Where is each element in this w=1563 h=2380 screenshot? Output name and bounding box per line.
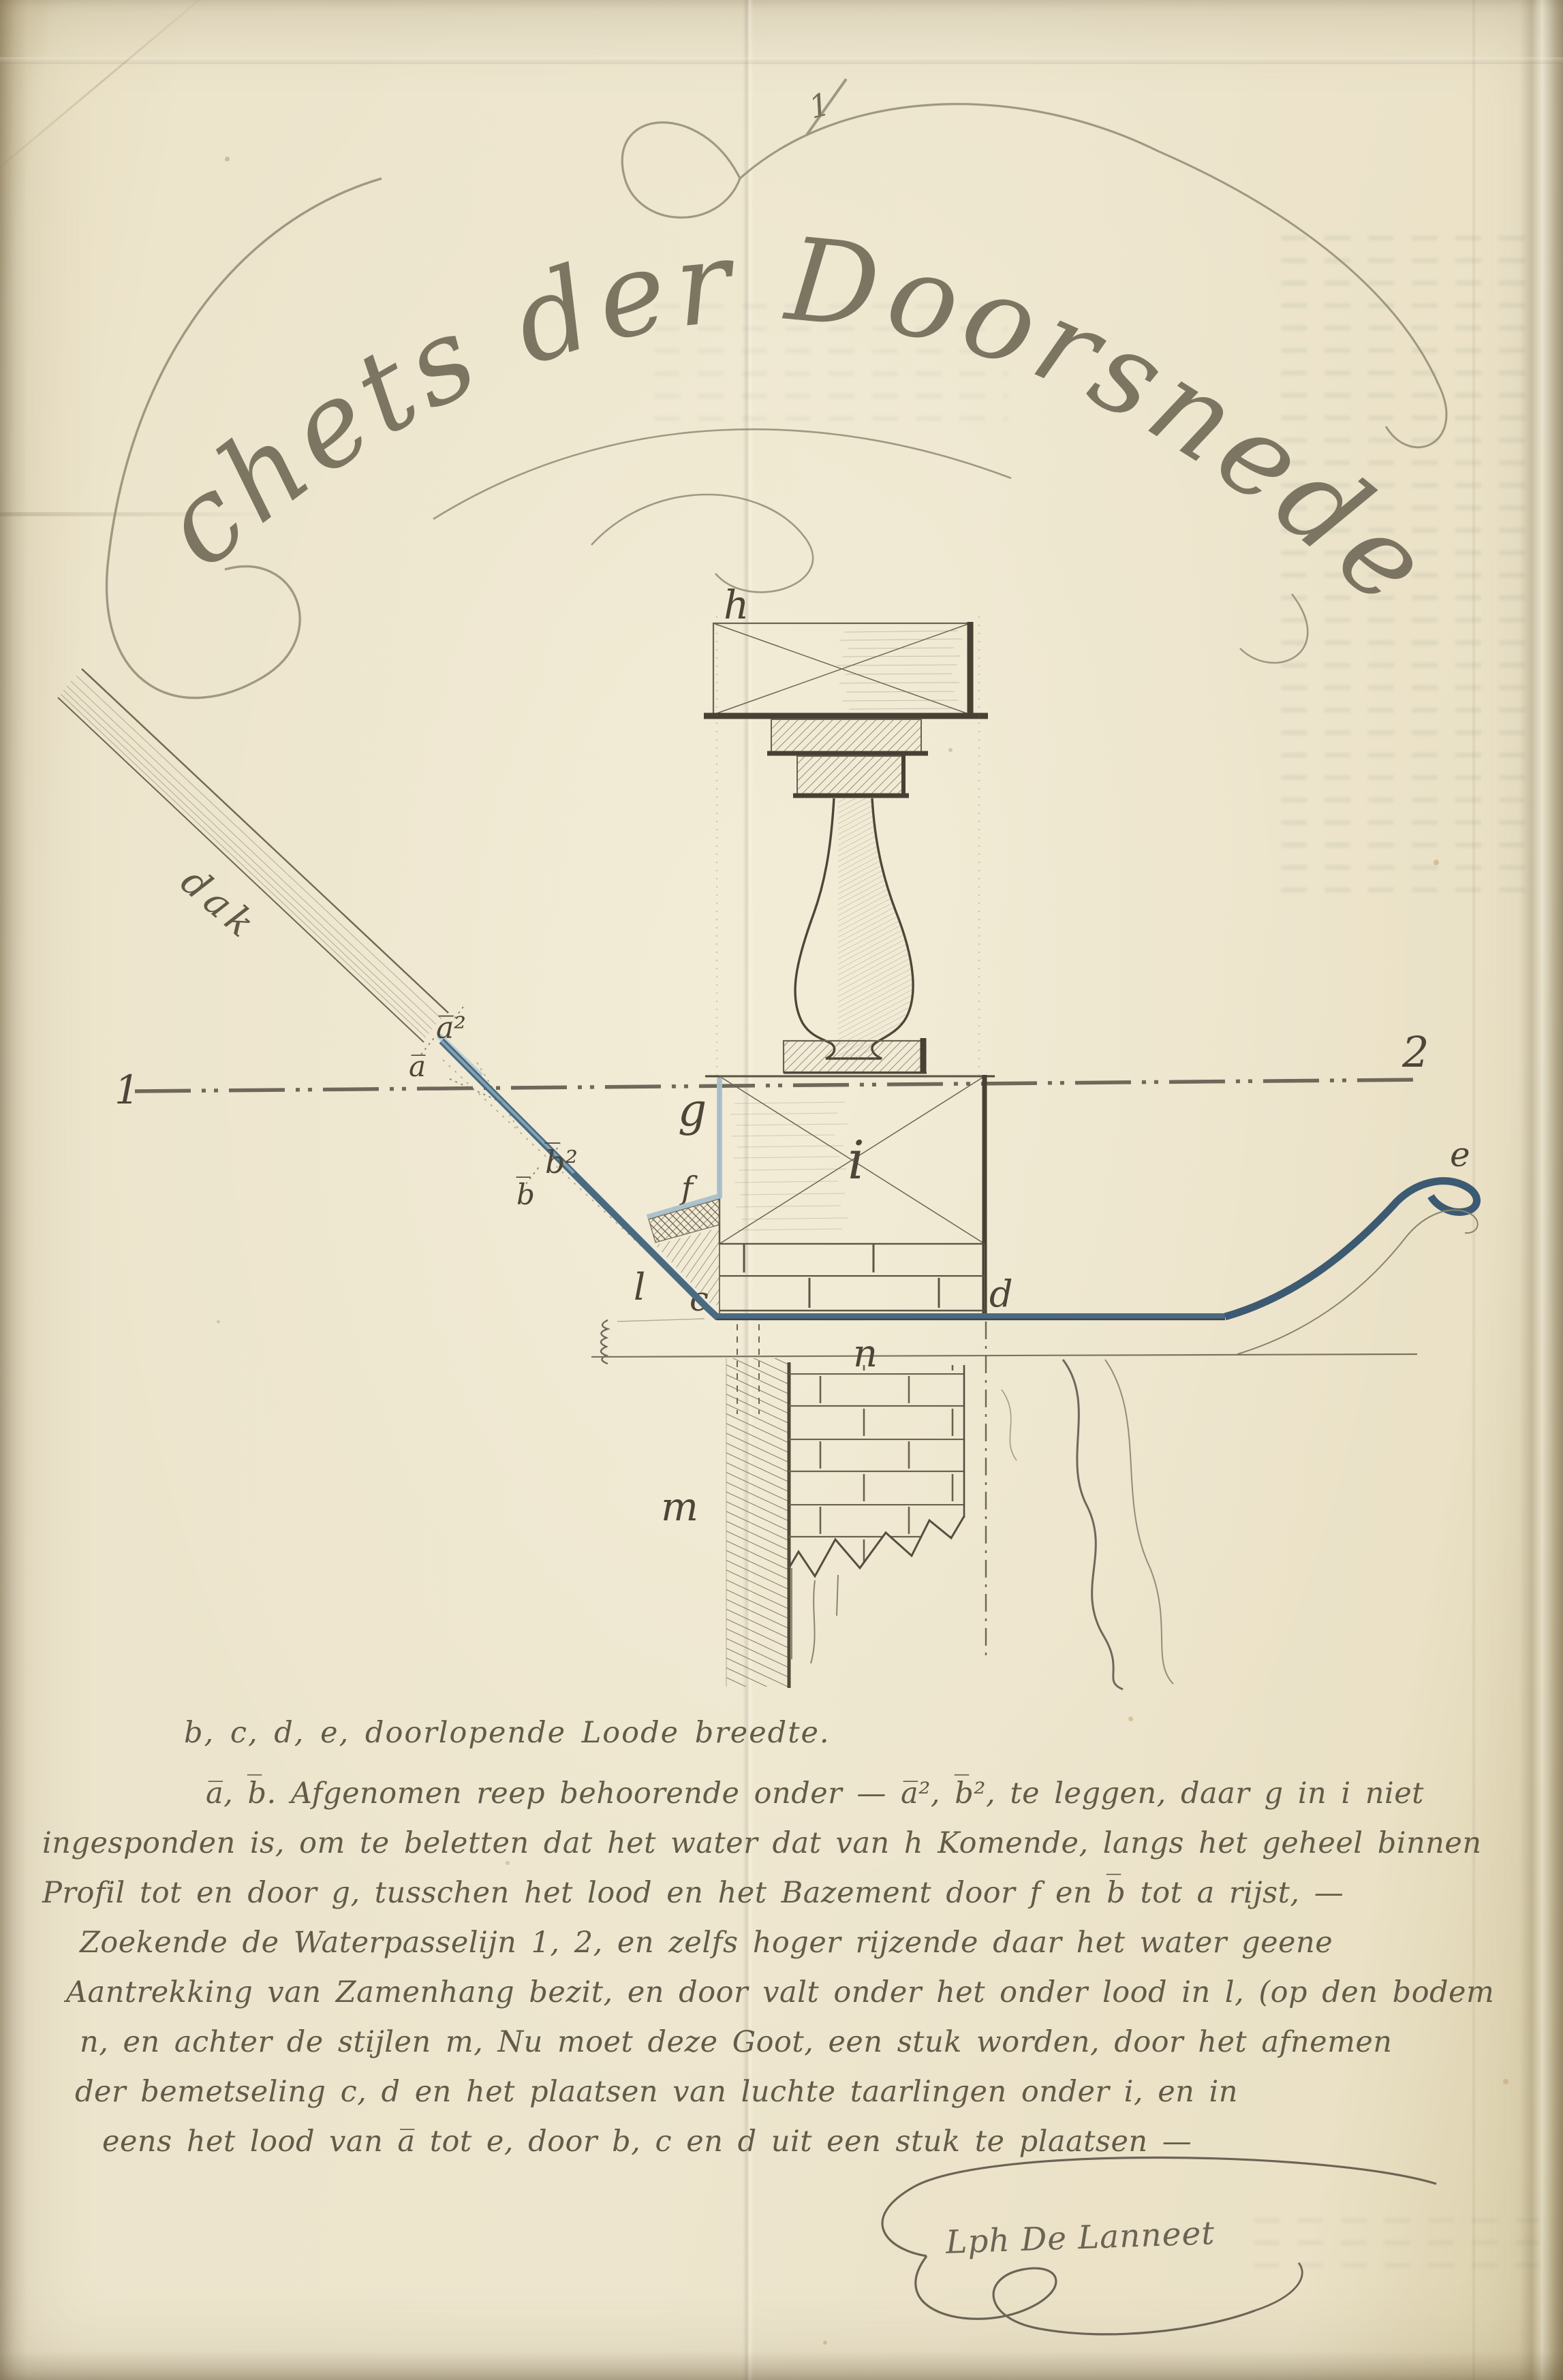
note-line: a̅, b̅. Afgenomen reep behoorende onder …	[206, 1769, 1548, 1819]
substructure: n m	[591, 1319, 1417, 1689]
coping-capital: h	[704, 582, 988, 796]
svg-text:Schets der Doorsnede.: Schets der Doorsnede.	[0, 0, 1458, 635]
baluster	[784, 790, 927, 1074]
note-line: b, c, d, e, doorlopende Loode breedte.	[184, 1708, 1548, 1758]
label-a2: a̅²	[436, 1011, 466, 1046]
waterline-1-2: 1 2	[114, 1027, 1429, 1113]
label-e: e	[1450, 1135, 1470, 1174]
note-line: der bemetseling c, d en het plaatsen van…	[75, 2067, 1548, 2117]
capital-shading	[837, 631, 962, 709]
label-g: g	[678, 1084, 707, 1136]
brick-pillar	[789, 1365, 964, 1569]
note-line: eens het lood van a̅ tot e, door b, c en…	[102, 2117, 1548, 2167]
note-line: ingesponden is, om te beletten dat het w…	[42, 1819, 1548, 1868]
handwritten-notes: b, c, d, e, doorlopende Loode breedte. a…	[42, 1708, 1548, 2167]
manuscript-page: 1	[0, 0, 1563, 2380]
note-line: Zoekende de Waterpasselijn 1, 2, en zelf…	[80, 1918, 1548, 1968]
label-dak: dak	[172, 860, 267, 950]
label-a: a̅	[409, 1050, 426, 1083]
label-l: l	[634, 1266, 645, 1309]
page-title: Schets der Doorsnede.	[0, 0, 1458, 635]
label-2: 2	[1402, 1027, 1429, 1077]
note-line: n, en achter de stijlen m, Nu moet deze …	[80, 2018, 1548, 2067]
stile-m	[726, 1358, 789, 1687]
label-b2: b̅²	[544, 1142, 577, 1180]
reference-marks: a̅² a̅ b̅² b̅	[409, 1007, 578, 1211]
label-m: m	[661, 1484, 698, 1530]
pedestal-shading	[730, 1102, 848, 1230]
pedestal-block: i g f c d	[678, 1075, 1013, 1319]
soil-contour	[1002, 1360, 1173, 1689]
label-h: h	[724, 582, 749, 628]
label-d: d	[989, 1272, 1013, 1315]
label-1: 1	[114, 1067, 140, 1113]
note-line: Aantrekking van Zamenhang bezit, en door…	[66, 1968, 1548, 2018]
label-b: b̅	[516, 1176, 534, 1211]
note-line: Profil tot en door g, tusschen het lood …	[42, 1868, 1548, 1918]
label-i: i	[848, 1130, 865, 1191]
